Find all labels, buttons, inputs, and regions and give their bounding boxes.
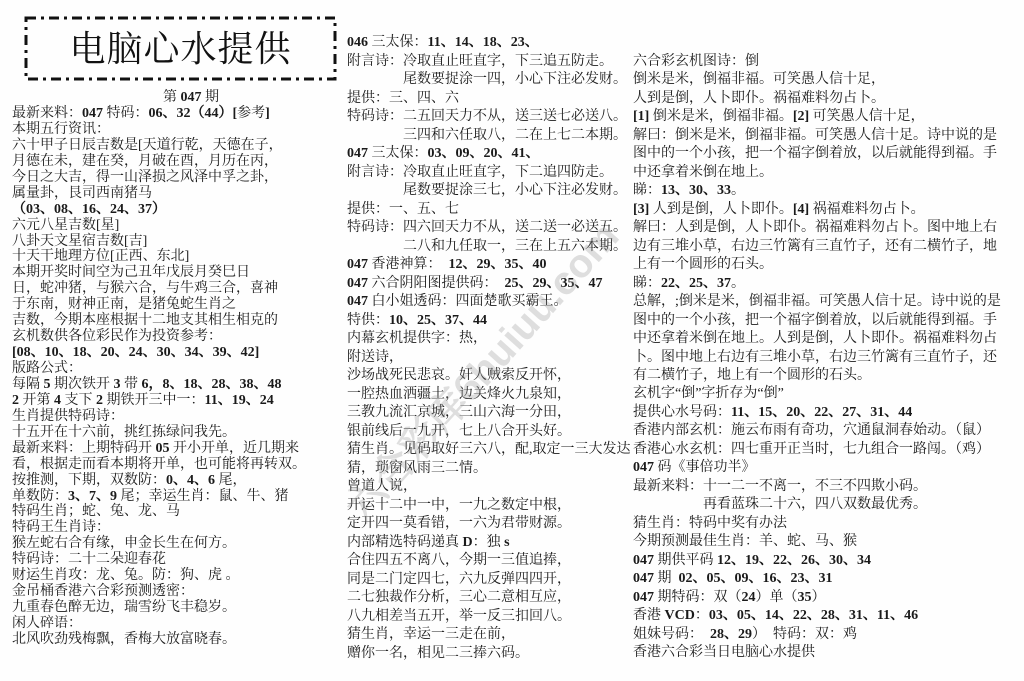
text-segment: 期	[654, 571, 679, 586]
text-segment: 开运十二中一中，一九之数定中根，	[347, 498, 571, 513]
text-line: 附送诗，	[347, 349, 631, 368]
emphasis-text: 3	[114, 377, 121, 392]
text-line: 047 香港神算： 12、29、35、40	[347, 256, 631, 275]
emphasis-text: 11、19、24	[205, 393, 274, 408]
text-line: （03、08、16、24、37）	[12, 202, 306, 218]
text-line: 有二横竹子，地上有一个圆形的石头。	[633, 367, 1001, 385]
text-segment: 睇：	[633, 183, 661, 198]
text-line: 十五开在十六前，挑红拣绿问我先。	[12, 425, 306, 441]
text-line: 看，根据走而看本期将开单，也可能将再转双。	[12, 457, 306, 473]
text-segment: 六合阴阳图提供码：	[368, 276, 505, 291]
text-segment: 猜生肖，幸运一三走在前，	[347, 627, 515, 642]
text-segment: 香港	[633, 608, 665, 623]
text-segment: 北风吹劲残梅飘，香梅大放富晓春。	[12, 632, 236, 647]
text-segment: 附送诗，	[347, 350, 403, 365]
emphasis-text: 047	[82, 106, 103, 121]
emphasis-text: 24	[742, 590, 756, 605]
emphasis-text: 047	[347, 294, 368, 309]
text-segment: 香港内部玄机：施云布雨有奇功，穴通鼠洞春始动。（鼠）	[633, 423, 990, 438]
text-line: 最新来料：上期特码开 05 开小开单，近几期来	[12, 441, 306, 457]
text-line: 中还拿着米倒在地上。人到是倒，人卜即仆。祸福难料勿占	[633, 330, 1001, 348]
text-line: 按推测，下期，双数防：0、4、6 尾，	[12, 473, 306, 489]
text-segment: 倒米是米，倒福非福。	[649, 109, 793, 124]
text-segment: ：独	[473, 535, 505, 550]
issue-number: 第 047 期	[163, 90, 219, 106]
emphasis-text: 6，8、18、28、38、48	[142, 377, 282, 392]
text-line: 姐妹号码： 28、29） 特码：双：鸡	[633, 626, 1001, 644]
page-title: 电脑心水提供	[24, 16, 337, 81]
text-line: 内幕玄机提供字：热，	[347, 330, 631, 349]
text-segment: 曾道人说，	[347, 479, 417, 494]
emphasis-text: 047	[347, 257, 368, 272]
text-line: 二七独裁作分析，三心二意相互应，	[347, 589, 631, 608]
text-segment: 香港六合彩当日电脑心水提供	[633, 645, 815, 660]
text-segment: 姐妹号码：	[633, 627, 710, 642]
text-line: 图中的一个小孩，把一个福字倒着放，以后就能得到福。手	[633, 312, 1001, 330]
emphasis-text: [1]	[633, 109, 649, 124]
emphasis-text: 11、14、18、23、	[428, 35, 539, 50]
text-line: 于东南，财神正南，是猪兔蛇生肖之	[12, 297, 306, 313]
issue-suffix: 期	[202, 90, 220, 105]
text-segment: ）	[812, 590, 826, 605]
text-segment: 提供：三、四、六	[347, 91, 459, 106]
text-segment: 解曰：倒米是米，倒福非福。可笑愚人信十足。诗中说的是	[633, 128, 997, 143]
text-segment: 期供平码	[654, 553, 717, 568]
emphasis-text: 12、29、35、40	[449, 257, 547, 272]
text-line: 银前线后一九开，七上八合开头好。	[347, 423, 631, 442]
middle-column: 046 三太保：11、14、18、23、附言诗：冷取直止旺直字，下三追五防走。尾…	[347, 34, 631, 663]
text-segment: 特供：	[347, 313, 389, 328]
text-segment: 最新来料：十一二一不离一，不三不四欺小码。	[633, 479, 927, 494]
text-segment: 人到是倒，人卜即仆。	[649, 202, 793, 217]
text-line: 八卦天文星宿吉数[吉]	[12, 234, 306, 250]
text-line: 解曰：人到是倒，人卜即仆。祸福难料勿占卜。图中地上右	[633, 219, 1001, 237]
text-segment: 二八和九任取一，三在上五六本期。	[403, 239, 627, 254]
text-line: 倒米是米，倒福非福。可笑愚人信十足，	[633, 71, 1001, 89]
text-line: 六十甲子日辰吉数是[天道行乾，天德在子，	[12, 138, 306, 154]
text-segment: 中还拿着米倒在地上。	[633, 165, 773, 180]
text-segment: 猴左蛇右合有缘，申金长生在何方。	[12, 536, 236, 551]
text-line: 047 白小姐透码：四面楚歌买霸王。	[347, 293, 631, 312]
text-line: 猜生肖：特码中奖有办法	[633, 515, 1001, 533]
emphasis-text: D	[463, 535, 473, 550]
text-segment: 有二横竹子，地上有一个圆形的石头。	[633, 368, 871, 383]
text-segment: 赠你一名，相见二三捧六码。	[347, 646, 529, 661]
text-segment: 猜生肖：特码中奖有办法	[633, 516, 787, 531]
text-segment: 最新来料：上期特码开	[12, 441, 156, 456]
text-line: 今期预测最佳生肖：羊、蛇、马、猴	[633, 533, 1001, 551]
text-segment: 金吊桶香港六合彩预测透密：	[12, 584, 194, 599]
text-segment: 日，蛇冲猪，与猴六合，与牛鸡三合，喜神	[12, 281, 278, 296]
text-segment: 三教九流汇京城，三山六海一分田，	[347, 405, 571, 420]
emphasis-text: 0、4、6	[166, 473, 215, 488]
text-line: 边有三堆小草，右边三竹篱有三直竹子，还有二横竹子，地	[633, 238, 1001, 256]
text-segment: 沙场战死民悲哀。奸人贼索反开怀，	[347, 368, 571, 383]
text-line: 提供：三、四、六	[347, 90, 631, 109]
text-line: 尾数要捉涂一四，小心下注必发财。	[347, 71, 631, 90]
text-segment: 月德在未，建在癸，月破在酉，月历在丙，	[12, 154, 278, 169]
text-segment: ）单（	[756, 590, 798, 605]
text-segment: 支下	[61, 393, 96, 408]
text-line: 今日之大吉，得一山泽损之风泽中孚之卦，	[12, 170, 306, 186]
text-line: 曾道人说，	[347, 478, 631, 497]
text-segment: 期铁开三中一：	[103, 393, 205, 408]
text-segment: 吉数，今期本座根据十二地支其相生相克的	[12, 313, 278, 328]
text-segment: 。	[731, 183, 745, 198]
text-line: 047 六合阴阳图提供码： 25、29、35、47	[347, 275, 631, 294]
text-segment: 图中的一个小孩，把一个福字倒着放，以后就能得到福。手	[633, 146, 997, 161]
text-line: 版路公式：	[12, 361, 306, 377]
text-segment: 附言诗：冷取直止旺直字，下三追五防走。	[347, 54, 613, 69]
text-segment: 按推测，下期，双数防：	[12, 473, 166, 488]
text-segment: 定开四一莫看错，一六为君带财源。	[347, 516, 571, 531]
text-segment: 上有一个圆形的石头。	[633, 257, 773, 272]
text-line: 香港 VCD：03、05、14、22、28、31、11、46	[633, 607, 1001, 625]
text-line: 提供心水号码：11、15、20、22、27、31、44	[633, 404, 1001, 422]
text-segment: 玄机字“倒”字折存为“倒”	[633, 386, 784, 401]
emphasis-text: 10、25、37、44	[389, 313, 487, 328]
text-line: 一腔热血洒疆土，边关烽火九泉知，	[347, 386, 631, 405]
emphasis-text: 047	[347, 146, 368, 161]
text-segment: 倒米是米，倒福非福。可笑愚人信十足，	[633, 72, 885, 87]
text-segment: 玄机数供各位彩民作为投资参考：	[12, 329, 222, 344]
text-line: 047 码《事倍功半》	[633, 459, 1001, 477]
text-line: 单数防：3、7、9 尾；幸运生肖：鼠、牛、猪	[12, 489, 306, 505]
text-line: 吉数，今期本座根据十二地支其相生相克的	[12, 313, 306, 329]
text-segment: 三太保：	[368, 146, 428, 161]
text-segment: ） 特码：双：鸡	[752, 627, 857, 642]
text-segment: 十五开在十六前，挑红拣绿问我先。	[12, 425, 236, 440]
text-segment: 今期预测最佳生肖：羊、蛇、马、猴	[633, 534, 857, 549]
text-line: 睇：13、30、33。	[633, 182, 1001, 200]
text-segment: 香港神算：	[368, 257, 449, 272]
text-line: 沙场战死民悲哀。奸人贼索反开怀，	[347, 367, 631, 386]
text-line: 最新来料：十一二一不离一，不三不四欺小码。	[633, 478, 1001, 496]
issue-value: 047	[181, 90, 202, 105]
text-line: 2 开第 4 支下 2 期铁开三中一：11、19、24	[12, 393, 306, 409]
emphasis-text: VCD	[665, 608, 695, 623]
emphasis-text: 047	[347, 276, 368, 291]
emphasis-text: [4]	[793, 202, 809, 217]
text-line: 卜。图中地上右边有三堆小草，右边三竹篱有三直竹子，还	[633, 349, 1001, 367]
text-line: 香港内部玄机：施云布雨有奇功，穴通鼠洞春始动。（鼠）	[633, 422, 1001, 440]
text-line: 上有一个圆形的石头。	[633, 256, 1001, 274]
text-line: 047 期 02、05、09、16、23、31	[633, 570, 1001, 588]
text-line: 二八和九任取一，三在上五六本期。	[347, 238, 631, 257]
text-segment: 。	[731, 276, 745, 291]
emphasis-text: 2	[96, 393, 103, 408]
emphasis-text: 03、05、14、22、28、31、11、46	[709, 608, 918, 623]
emphasis-text: 28、29	[710, 627, 752, 642]
emphasis-text: 047	[633, 460, 654, 475]
text-segment: 香港心水玄机：四七重开正当时，七九组合一路闯。（鸡）	[633, 442, 990, 457]
text-line: 特供：10、25、37、44	[347, 312, 631, 331]
text-segment: 银前线后一九开，七上八合开头好。	[347, 424, 571, 439]
emphasis-text: 03、09、20、41、	[428, 146, 540, 161]
text-line: 开运十二中一中，一九之数定中根，	[347, 497, 631, 516]
text-segment: 边有三堆小草，右边三竹篱有三直竹子，还有二横竹子，地	[633, 239, 997, 254]
text-line: 附言诗：冷取直止旺直字，下二追四防走。	[347, 164, 631, 183]
emphasis-text: 06、32（44）[	[149, 106, 238, 121]
text-segment: 今日之大吉，得一山泽损之风泽中孚之卦，	[12, 170, 278, 185]
text-line: 六合彩玄机图诗：倒	[633, 53, 1001, 71]
text-line: 猜，琐窗风雨三二情。	[347, 460, 631, 479]
text-line: [08、10、18、20、24、30、34、39、42]	[12, 345, 306, 361]
emphasis-text: 05	[156, 441, 170, 456]
text-line: 内部精选特码递真 D：独 s	[347, 534, 631, 553]
emphasis-text: 047	[633, 590, 654, 605]
text-line: 本期开奖时间空为己丑年戊辰月癸巳日	[12, 265, 306, 281]
emphasis-text: 5	[44, 377, 51, 392]
text-line: 046 三太保：11、14、18、23、	[347, 34, 631, 53]
text-segment: 本期五行资讯：	[12, 122, 110, 137]
text-segment: 特码诗：二十二朵迎春花	[12, 552, 166, 567]
text-segment: 闲人碎语：	[12, 616, 82, 631]
text-segment: 再看蓝珠二十六，四八双数最优秀。	[703, 497, 927, 512]
right-column: 六合彩玄机图诗：倒倒米是米，倒福非福。可笑愚人信十足，人到是倒，人卜即仆。祸福难…	[633, 53, 1001, 662]
text-segment: 可笑愚人信十足，	[809, 109, 925, 124]
emphasis-text: 2	[12, 393, 19, 408]
text-line: 附言诗：冷取直止旺直字，下三追五防走。	[347, 53, 631, 72]
text-segment: 特码王生肖诗：	[12, 520, 110, 535]
text-segment: 开小开单，近几期来	[170, 441, 300, 456]
text-segment: 尾数要捉涂一四，小心下注必发财。	[403, 72, 627, 87]
text-segment: 猜，琐窗风雨三二情。	[347, 461, 487, 476]
text-line: 金吊桶香港六合彩预测透密：	[12, 584, 306, 600]
text-line: 同是二门定四七，六九反弹四四开，	[347, 571, 631, 590]
text-segment: 码《事倍功半》	[654, 460, 756, 475]
text-segment: ：	[695, 608, 709, 623]
emphasis-text: 3、7、9	[68, 489, 117, 504]
text-line: 定开四一莫看错，一六为君带财源。	[347, 515, 631, 534]
text-line: 香港心水玄机：四七重开正当时，七九组合一路闯。（鸡）	[633, 441, 1001, 459]
text-line: 猜生肖，幸运一三走在前，	[347, 626, 631, 645]
emphasis-text: 11、15、20、22、27、31、44	[731, 405, 912, 420]
text-segment: 财运生肖攻：龙、兔。防：狗、虎 。	[12, 568, 240, 583]
emphasis-text: 047	[633, 553, 654, 568]
text-segment: 提供心水号码：	[633, 405, 731, 420]
emphasis-text: s	[504, 535, 509, 550]
text-line: 047 三太保：03、09、20、41、	[347, 145, 631, 164]
text-segment: 尾；幸运生肖：鼠、牛、猪	[117, 489, 289, 504]
text-line: 玄机数供各位彩民作为投资参考：	[12, 329, 306, 345]
text-line: 总解，;倒米是米，倒福非福。可笑愚人信十足。诗中说的是	[633, 293, 1001, 311]
text-line: 047 期特码：双（24）单（35）	[633, 589, 1001, 607]
text-segment: 祸福难料勿占卜。	[809, 202, 925, 217]
text-line: 特码诗：二五回天力不从，送三送七必送八。	[347, 108, 631, 127]
text-segment: 白小姐透码：四面楚歌买霸王。	[368, 294, 568, 309]
emphasis-text: 02、05、09、16、23、31	[679, 571, 833, 586]
text-segment: 中还拿着米倒在地上。人到是倒，人卜即仆。祸福难料勿占	[633, 331, 997, 346]
emphasis-text: 13、30、33	[661, 183, 731, 198]
text-segment: 期次铁开	[51, 377, 114, 392]
text-segment: 三四和六任取八，二在上七二本期。	[403, 128, 627, 143]
text-segment: 每隔	[12, 377, 44, 392]
emphasis-text: 047	[633, 571, 654, 586]
text-line: 财运生肖攻：龙、兔。防：狗、虎 。	[12, 568, 306, 584]
text-segment: 看，根据走而看本期将开单，也可能将再转双。	[12, 457, 306, 472]
emphasis-text: 22、25、37	[661, 276, 731, 291]
text-segment: 于东南，财神正南，是猪兔蛇生肖之	[12, 297, 236, 312]
text-segment: 二七独裁作分析，三心二意相互应，	[347, 590, 571, 605]
text-segment: 期特码：双（	[654, 590, 742, 605]
text-segment: 特码：	[103, 106, 149, 121]
text-line: 再看蓝珠二十六，四八双数最优秀。	[633, 496, 1001, 514]
left-column: 最新来料：047 特码：06、32（44）[参考]本期五行资讯：六十甲子日辰吉数…	[12, 106, 306, 648]
text-segment: 六十甲子日辰吉数是[天道行乾，天德在子，	[12, 138, 283, 153]
text-line: 图中的一个小孩，把一个福字倒着放，以后就能得到福。手	[633, 145, 1001, 163]
text-segment: 带	[121, 377, 142, 392]
text-segment: 特码诗：四六回天力不从，送二送一必送五。	[347, 220, 627, 235]
text-line: 月德在未，建在癸，月破在酉，月历在丙，	[12, 154, 306, 170]
text-line: 猴左蛇右合有缘，申金长生在何方。	[12, 536, 306, 552]
text-segment: 版路公式：	[12, 361, 82, 376]
emphasis-text: 25、29、35、47	[505, 276, 603, 291]
emphasis-text: [3]	[633, 202, 649, 217]
text-line: 六元八星吉数[星]	[12, 218, 306, 234]
text-segment: 八九相差当五开，举一反三扣回八。	[347, 609, 571, 624]
text-segment: 八卦天文星宿吉数[吉]	[12, 234, 147, 249]
text-segment: 九重春色醉无边，瑞雪纷飞丰稳岁。	[12, 600, 236, 615]
text-segment: 猜生肖。见码取好三六八，配,取定一三大发达	[347, 442, 631, 457]
document-page: 电脑心水提供 第 047 期 最新来料：047 特码：06、32（44）[参考]…	[0, 0, 1024, 681]
text-segment: 十天干地理方位[正西、东北]	[12, 249, 189, 264]
emphasis-text: 4	[54, 393, 61, 408]
text-segment: 尾，	[215, 473, 247, 488]
text-segment: 生肖提供特码诗：	[12, 409, 124, 424]
text-segment: 图中的一个小孩，把一个福字倒着放，以后就能得到福。手	[633, 313, 997, 328]
emphasis-text: [08、10、18、20、24、30、34、39、42]	[12, 345, 259, 360]
text-segment: 附言诗：冷取直止旺直字，下二追四防走。	[347, 165, 613, 180]
text-segment: 特码生肖；蛇、兔、龙、马	[12, 504, 180, 519]
title-box: 电脑心水提供	[24, 16, 337, 81]
text-line: 每隔 5 期次铁开 3 带 6，8、18、28、38、48	[12, 377, 306, 393]
text-line: 中还拿着米倒在地上。	[633, 164, 1001, 182]
text-line: 特码诗：二十二朵迎春花	[12, 552, 306, 568]
text-line: 最新来料：047 特码：06、32（44）[参考]	[12, 106, 306, 122]
text-line: 生肖提供特码诗：	[12, 409, 306, 425]
text-line: 合住四五不离八，今期一三值追捧，	[347, 552, 631, 571]
text-segment: 尾数要捉涂三七，小心下注必发财。	[403, 183, 627, 198]
text-line: 本期五行资讯：	[12, 122, 306, 138]
text-line: 九重春色醉无边，瑞雪纷飞丰稳岁。	[12, 600, 306, 616]
text-line: 睇：22、25、37。	[633, 275, 1001, 293]
text-segment: 总解，;倒米是米，倒福非福。可笑愚人信十足。诗中说的是	[633, 294, 1001, 309]
emphasis-text: （03、08、16、24、37）	[12, 202, 166, 217]
text-line: 特码生肖；蛇、兔、龙、马	[12, 504, 306, 520]
text-segment: 本期开奖时间空为己丑年戊辰月癸巳日	[12, 265, 250, 280]
text-line: 三四和六任取八，二在上七二本期。	[347, 127, 631, 146]
text-segment: 特码诗：二五回天力不从，送三送七必送八。	[347, 109, 627, 124]
text-line: 特码诗：四六回天力不从，送二送一必送五。	[347, 219, 631, 238]
text-segment: 解曰：人到是倒，人卜即仆。祸福难料勿占卜。图中地上右	[633, 220, 997, 235]
text-line: 属量卦，艮司西南猪马	[12, 186, 306, 202]
emphasis-text: 35	[798, 590, 812, 605]
text-segment: 一腔热血洒疆土，边关烽火九泉知，	[347, 387, 571, 402]
text-segment: 最新来料：	[12, 106, 82, 121]
text-segment: 属量卦，艮司西南猪马	[12, 186, 152, 201]
emphasis-text: 12、19、22、26、30、34	[717, 553, 871, 568]
text-segment: 开第	[19, 393, 54, 408]
text-line: 解曰：倒米是米，倒福非福。可笑愚人信十足。诗中说的是	[633, 127, 1001, 145]
text-segment: 提供：一、五、七	[347, 202, 459, 217]
text-line: 十天干地理方位[正西、东北]	[12, 249, 306, 265]
text-line: 三教九流汇京城，三山六海一分田，	[347, 404, 631, 423]
text-line: 八九相差当五开，举一反三扣回八。	[347, 608, 631, 627]
text-segment: 参考	[237, 106, 265, 121]
text-line: 尾数要捉涂三七，小心下注必发财。	[347, 182, 631, 201]
emphasis-text: [2]	[793, 109, 809, 124]
text-line: 人到是倒，人卜即仆。祸福难料勿占卜。	[633, 90, 1001, 108]
text-line: [1] 倒米是米，倒福非福。[2] 可笑愚人信十足，	[633, 108, 1001, 126]
issue-prefix: 第	[163, 90, 181, 105]
text-segment: 三太保：	[368, 35, 428, 50]
text-line: 047 期供平码 12、19、22、26、30、34	[633, 552, 1001, 570]
text-line: 提供：一、五、七	[347, 201, 631, 220]
text-segment: 卜。图中地上右边有三堆小草，右边三竹篱有三直竹子，还	[633, 350, 997, 365]
text-line: 香港六合彩当日电脑心水提供	[633, 644, 1001, 662]
text-line: 特码王生肖诗：	[12, 520, 306, 536]
text-segment: 六元八星吉数[星]	[12, 218, 119, 233]
text-segment: 单数防：	[12, 489, 68, 504]
text-line: [3] 人到是倒，人卜即仆。[4] 祸福难料勿占卜。	[633, 201, 1001, 219]
text-segment: 同是二门定四七，六九反弹四四开，	[347, 572, 571, 587]
text-line: 玄机字“倒”字折存为“倒”	[633, 385, 1001, 403]
text-segment: 合住四五不离八，今期一三值追捧，	[347, 553, 571, 568]
emphasis-text: ]	[265, 106, 270, 121]
text-line: 赠你一名，相见二三捧六码。	[347, 645, 631, 664]
text-segment: 内部精选特码递真	[347, 535, 463, 550]
text-segment: 睇：	[633, 276, 661, 291]
text-segment: 六合彩玄机图诗：倒	[633, 54, 759, 69]
text-segment: 人到是倒，人卜即仆。祸福难料勿占卜。	[633, 91, 885, 106]
text-line: 闲人碎语：	[12, 616, 306, 632]
text-line: 北风吹劲残梅飘，香梅大放富晓春。	[12, 632, 306, 648]
text-line: 猜生肖。见码取好三六八，配,取定一三大发达	[347, 441, 631, 460]
emphasis-text: 046	[347, 35, 368, 50]
text-segment: 内幕玄机提供字：热，	[347, 331, 487, 346]
text-line: 日，蛇冲猪，与猴六合，与牛鸡三合，喜神	[12, 281, 306, 297]
